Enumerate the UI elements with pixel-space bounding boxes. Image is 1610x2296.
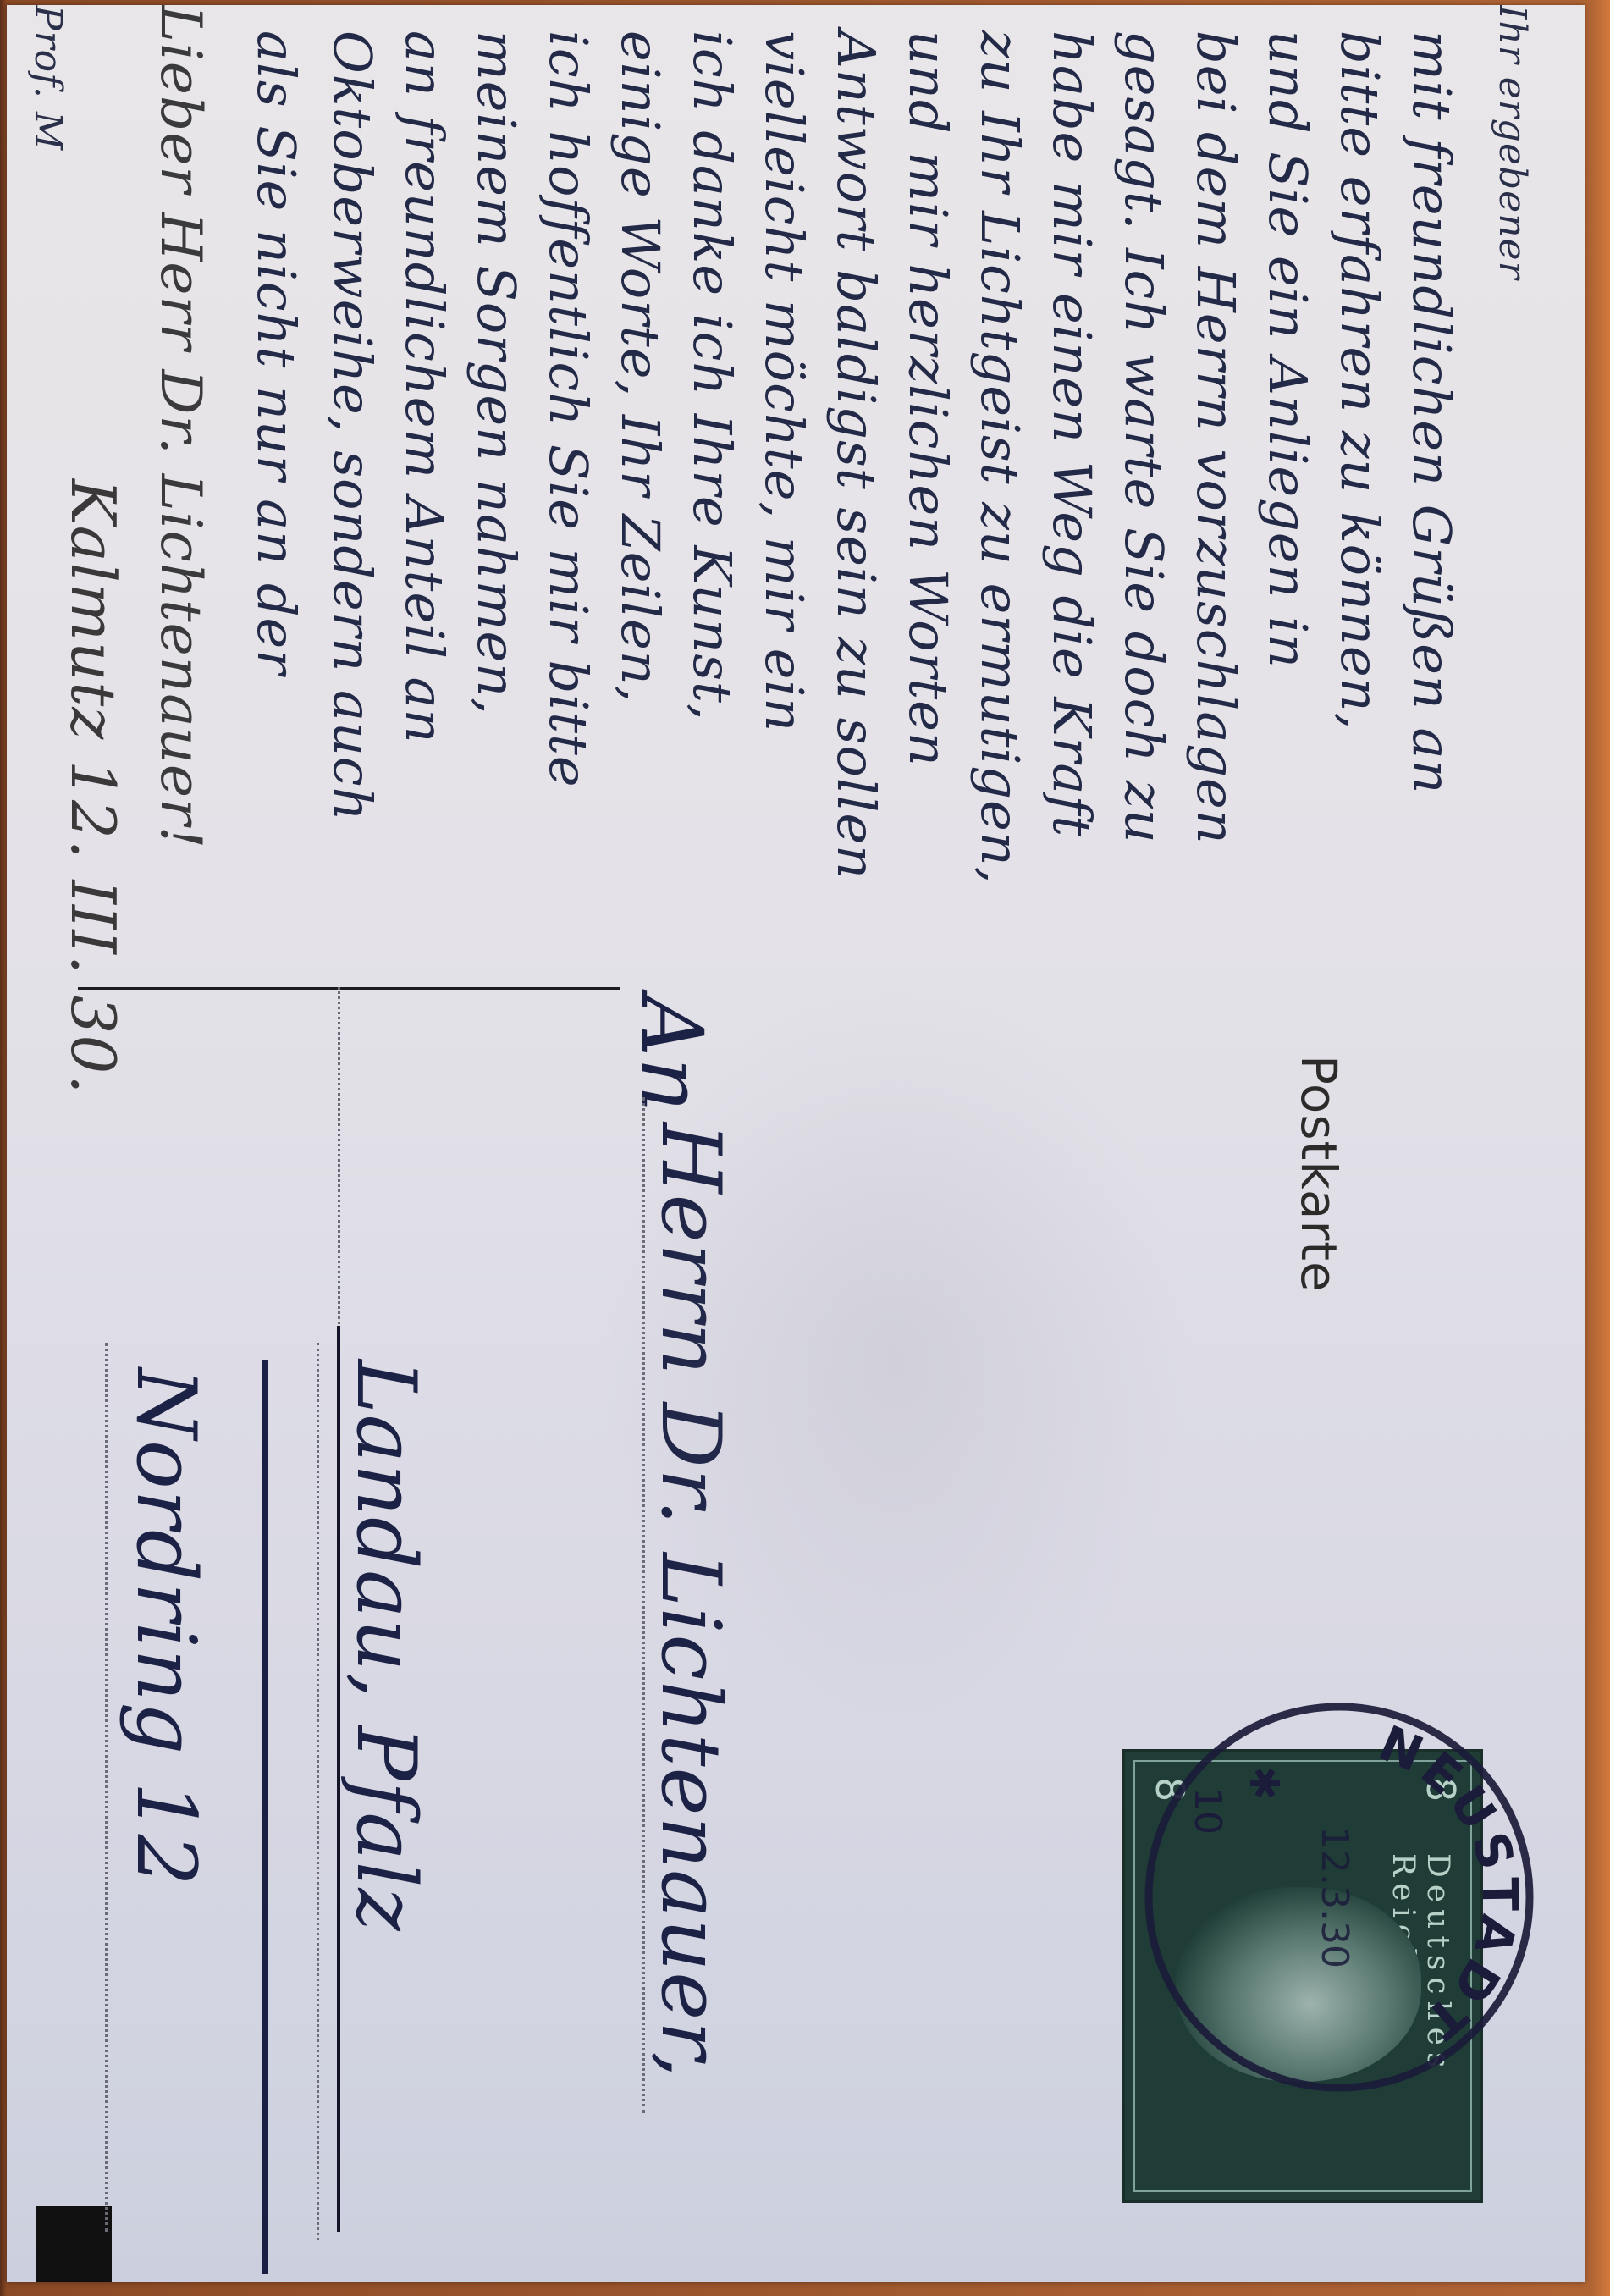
margin-note: Ihr ergebener — [1491, 5, 1534, 280]
message-line: und mir herzlichen Worten — [901, 30, 954, 767]
message-line: habe mir einen Weg die Kraft — [1045, 30, 1098, 837]
address-street: Nordring 12 — [119, 1368, 213, 1887]
svg-text:NEUSTADT: NEUSTADT — [1370, 1714, 1529, 2054]
seal-stamp — [36, 2206, 112, 2282]
message-line: zu Ihr Lichtgeist zu ermutigen, — [973, 30, 1026, 884]
date-line: Kalmutz 12. III. 30. — [58, 479, 129, 1095]
message-line: und Sie ein Anliegen in — [1261, 30, 1314, 669]
greeting: Lieber Herr Dr. Lichtenauer! — [148, 5, 213, 849]
message-line: ich hoffentlich Sie mir bitte — [542, 30, 594, 788]
postmark: NEUSTADT 12.3.30 10 ✱ — [1128, 1686, 1551, 2109]
address-dotted-line — [105, 1343, 108, 2232]
postcard: Kalmutz 12. III. 30. Lieber Herr Dr. Lic… — [7, 5, 1585, 2282]
message-line: bitte erfahren zu können, — [1333, 30, 1386, 730]
message-line: als Sie nicht nur an der — [250, 30, 302, 676]
postmark-time: 10 — [1186, 1787, 1229, 1835]
address-dotted-line — [317, 1343, 319, 2240]
message-line: an freundlichem Anteil an — [398, 30, 450, 744]
margin-note: Prof. M — [26, 5, 69, 151]
address-prefix: An — [622, 996, 721, 1113]
message-line: ich danke ich Ihre Kunst, — [686, 30, 738, 721]
message-line: Antwort baldigst sein zu sollen — [830, 30, 882, 880]
address-city: Landau, Pfalz — [339, 1360, 433, 1932]
message-line: meinem Sorgen nahmen, — [470, 30, 522, 715]
message-line: gesagt. Ich warte Sie doch zu — [1117, 30, 1170, 844]
message-line: vielleicht möchte, mir ein — [758, 30, 810, 732]
message-line: einige Worte, Ihr Zeilen, — [614, 30, 666, 703]
message-line: Oktoberweihe, sondern auch — [326, 30, 378, 822]
message-line: mit freundlichen Grüßen an — [1405, 30, 1458, 794]
postmark-town: NEUSTADT — [1370, 1714, 1529, 2054]
address-city-underline — [262, 1360, 268, 2274]
postmark-date: 12.3.30 — [1313, 1826, 1356, 1968]
message-line: bei dem Herrn vorzuschlagen — [1189, 30, 1242, 845]
address-recipient: Herrn Dr. Lichtenauer, — [643, 1123, 738, 2078]
divider-line — [78, 987, 620, 990]
postcard-content: Kalmutz 12. III. 30. Lieber Herr Dr. Lic… — [7, 5, 1585, 2282]
postmark-star-icon: ✱ — [1240, 1766, 1287, 1800]
postkarte-label: Postkarte — [1290, 1055, 1348, 1293]
